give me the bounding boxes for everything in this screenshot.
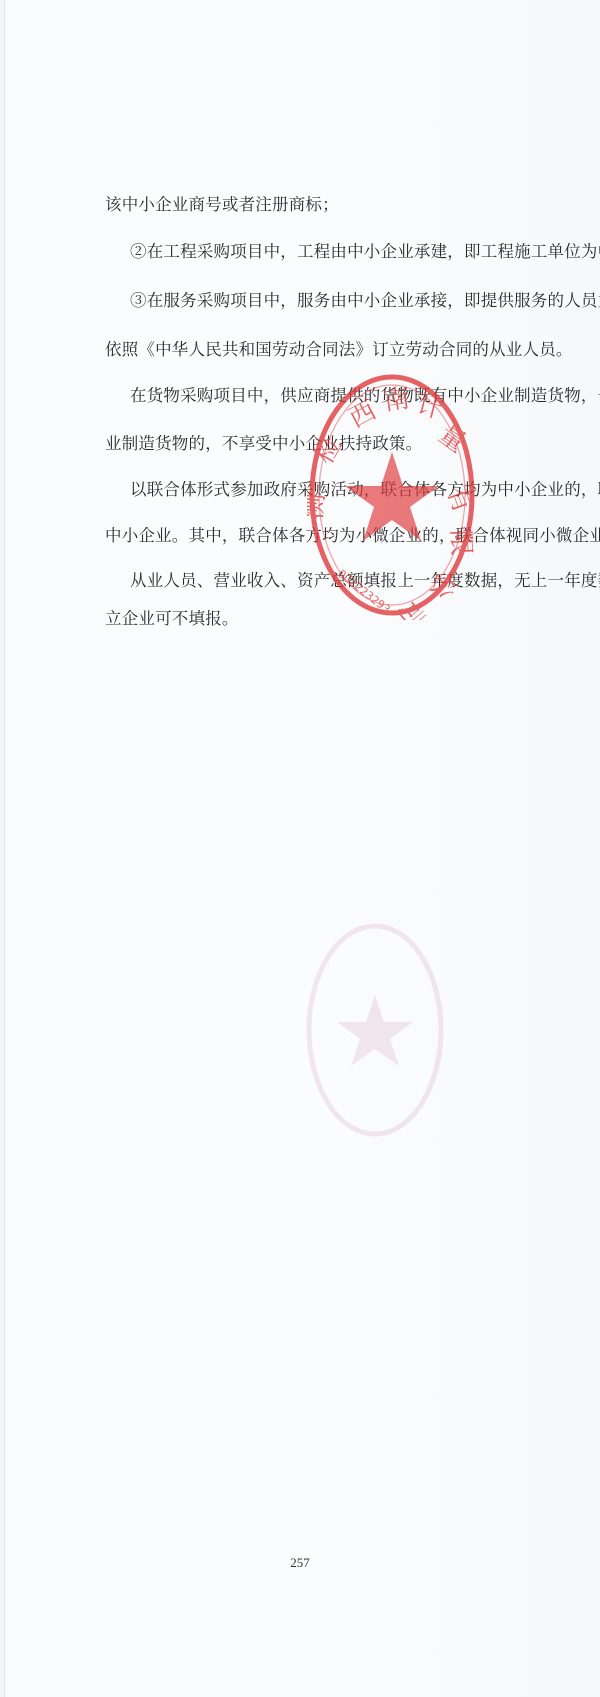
- page-number: 257: [0, 1555, 600, 1571]
- document-page: 该中小企业商号或者注册商标； ②在工程采购项目中，工程由中小企业承建，即工程施工…: [0, 0, 600, 1697]
- paragraph-line: 业制造货物的，不享受中小企业扶持政策。: [105, 434, 505, 454]
- paragraph-line: 依照《中华人民共和国劳动合同法》订立劳动合同的从业人员。: [105, 340, 505, 360]
- page-edge-divider: [4, 0, 5, 1697]
- paragraph-line: 立企业可不填报。: [105, 609, 505, 629]
- paragraph-line: 中小企业。其中，联合体各方均为小微企业的，联合体视同小微企业。: [105, 526, 505, 546]
- paragraph-line: 在货物采购项目中，供应商提供的货物既有中小企业制造货物，也有大型企: [130, 386, 505, 406]
- paragraph-line: 以联合体形式参加政府采购活动，联合体各方均为中小企业的，联合体视同: [130, 480, 505, 500]
- paragraph-line: 从业人员、营业收入、资产总额填报上一年度数据，无上一年度数据的新成: [130, 571, 505, 591]
- paragraph-line: 该中小企业商号或者注册商标；: [105, 195, 505, 215]
- bleed-through-seal: [305, 920, 445, 1140]
- paragraph-line: ②在工程采购项目中，工程由中小企业承建，即工程施工单位为中小企业；: [130, 242, 505, 262]
- paragraph-line: ③在服务采购项目中，服务由中小企业承接，即提供服务的人员为中小企业: [130, 291, 505, 311]
